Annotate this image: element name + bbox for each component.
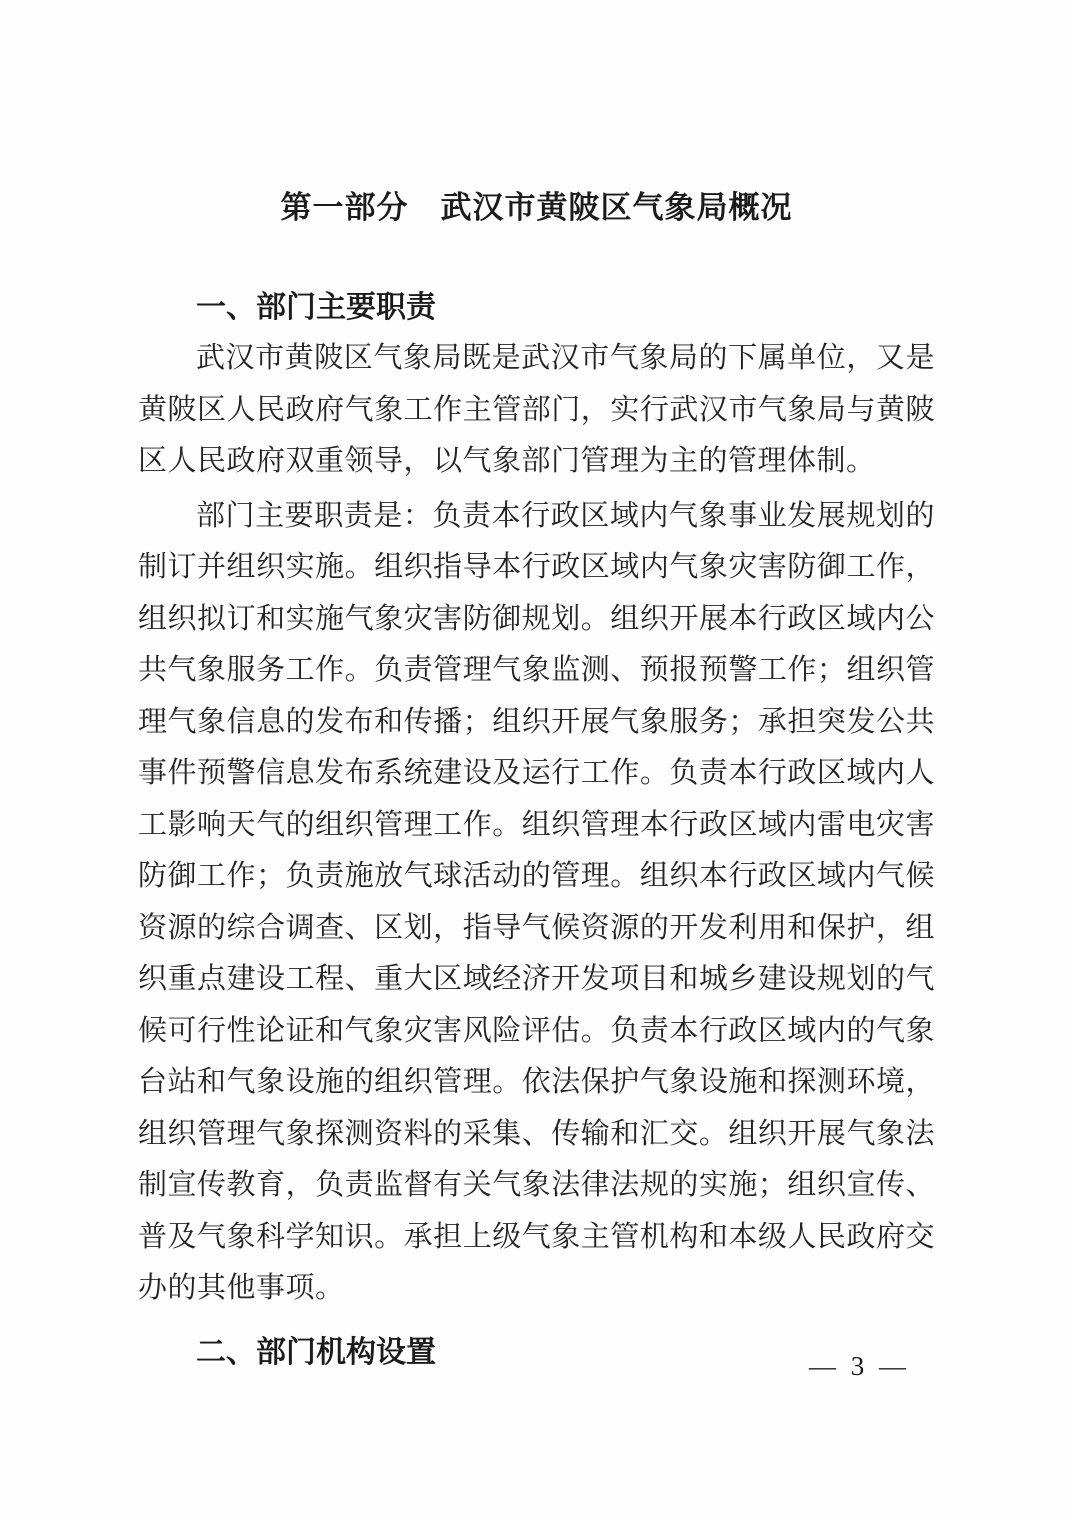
section-heading-duties: 一、部门主要职责 — [138, 286, 935, 330]
page-number: — 3 — — [809, 1350, 910, 1382]
paragraph-overview: 武汉市黄陂区气象局既是武汉市气象局的下属单位，又是黄陂区人民政府气象工作主管部门… — [138, 333, 935, 488]
document-page: 第一部分 武汉市黄陂区气象局概况 一、部门主要职责 武汉市黄陂区气象局既是武汉市… — [0, 0, 1074, 1520]
paragraph-duties: 部门主要职责是：负责本行政区域内气象事业发展规划的制订并组织实施。组织指导本行政… — [138, 491, 935, 1315]
page-title: 第一部分 武汉市黄陂区气象局概况 — [138, 188, 935, 228]
document-content: 第一部分 武汉市黄陂区气象局概况 一、部门主要职责 武汉市黄陂区气象局既是武汉市… — [138, 0, 935, 1375]
